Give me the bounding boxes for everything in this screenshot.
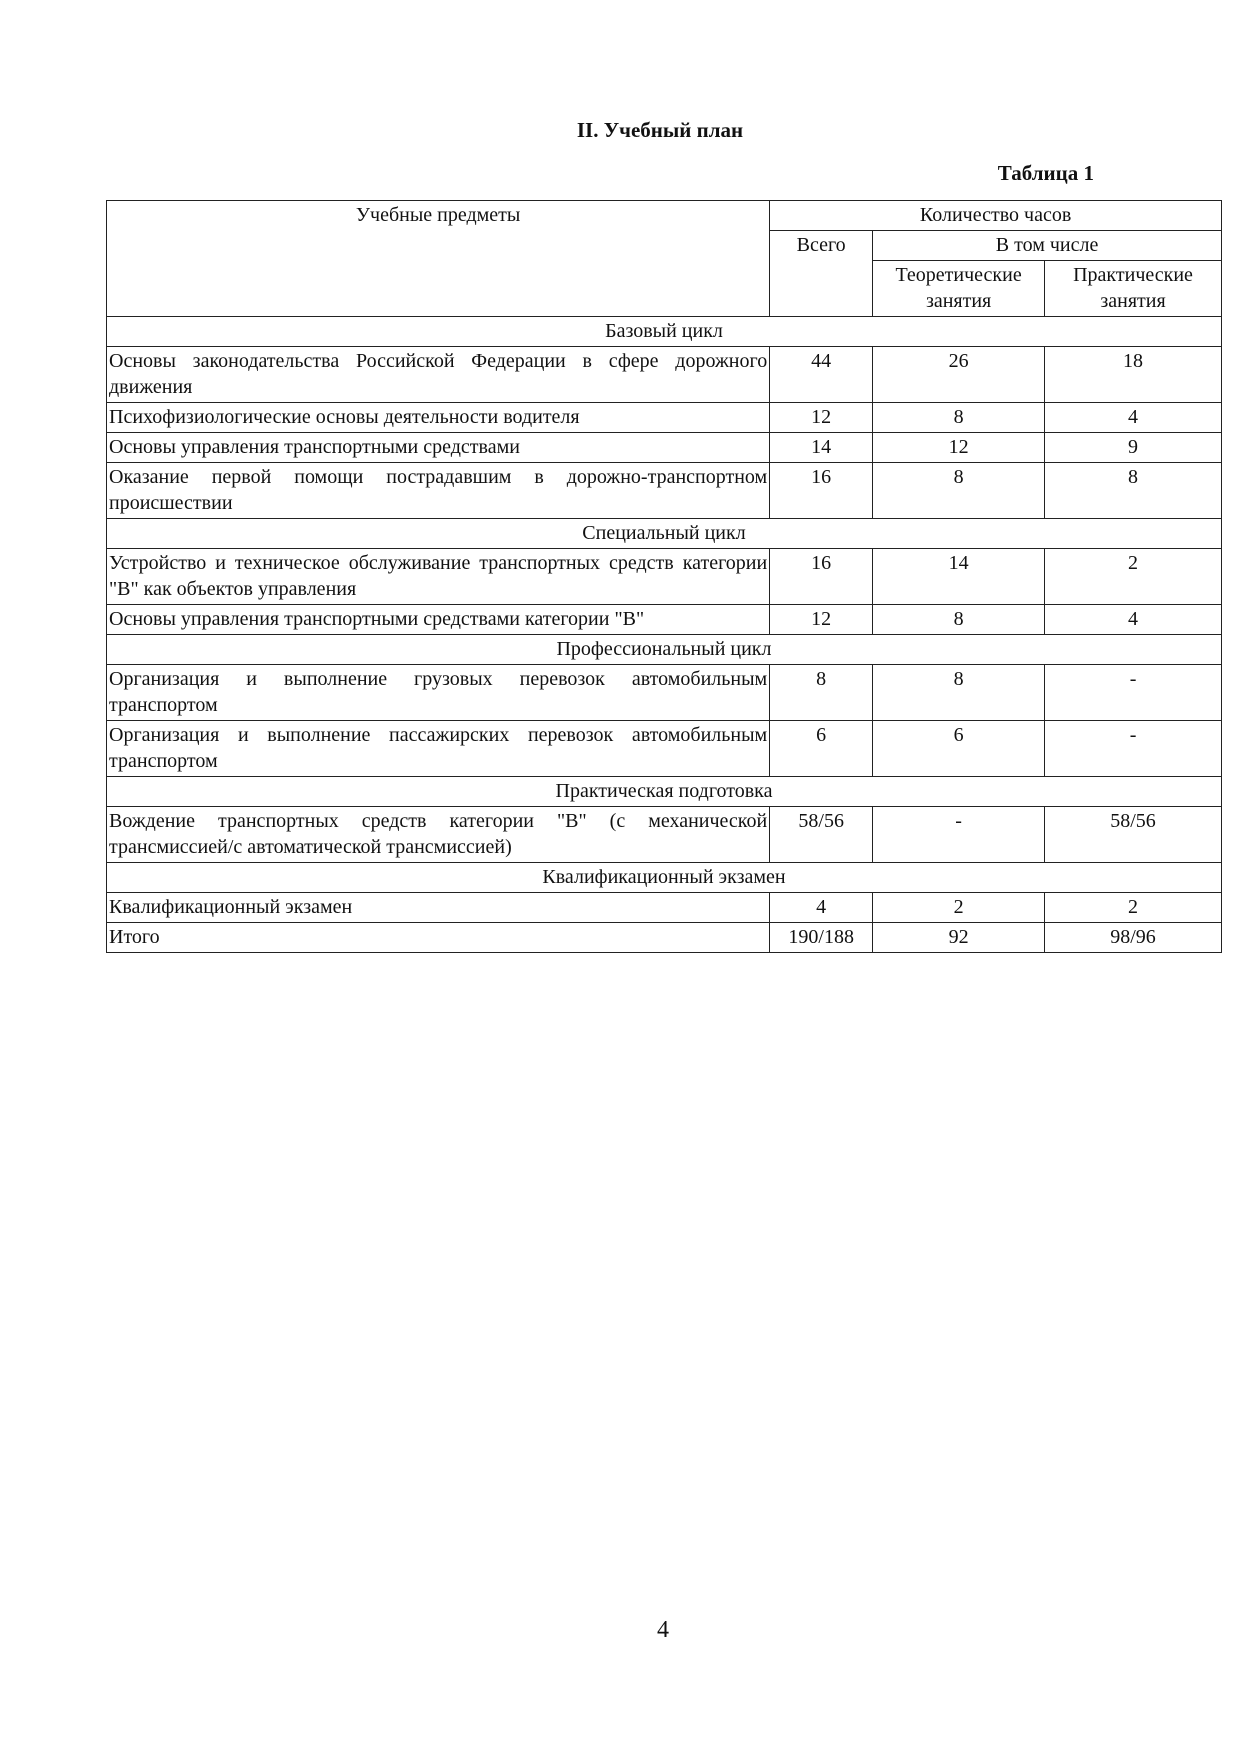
theory-hours-cell: 92	[873, 923, 1045, 953]
subject-cell: Квалификационный экзамен	[107, 893, 770, 923]
page-number: 4	[0, 1617, 1240, 1644]
practice-hours-cell: -	[1045, 721, 1222, 777]
subject-cell: Организация и выполнение пассажирских пе…	[107, 721, 770, 777]
section-title: Специальный цикл	[107, 519, 1222, 549]
table-row: Основы управления транспортными средства…	[107, 433, 1222, 463]
header-hours: Количество часов	[770, 201, 1222, 231]
total-hours-cell: 6	[770, 721, 873, 777]
total-row: Итого190/1889298/96	[107, 923, 1222, 953]
theory-hours-cell: -	[873, 807, 1045, 863]
section-title: Практическая подготовка	[107, 777, 1222, 807]
practice-hours-cell: 2	[1045, 893, 1222, 923]
theory-hours-cell: 12	[873, 433, 1045, 463]
theory-hours-cell: 8	[873, 463, 1045, 519]
total-hours-cell: 16	[770, 549, 873, 605]
total-hours-cell: 58/56	[770, 807, 873, 863]
theory-hours-cell: 14	[873, 549, 1045, 605]
practice-hours-cell: 18	[1045, 347, 1222, 403]
section-header-row: Практическая подготовка	[107, 777, 1222, 807]
theory-hours-cell: 6	[873, 721, 1045, 777]
theory-hours-cell: 8	[873, 403, 1045, 433]
practice-hours-cell: 9	[1045, 433, 1222, 463]
table-row: Оказание первой помощи пострадавшим в до…	[107, 463, 1222, 519]
table-row: Основы управления транспортными средства…	[107, 605, 1222, 635]
total-label: Итого	[107, 923, 770, 953]
table-body: Базовый циклОсновы законодательства Росс…	[107, 317, 1222, 953]
table-header: Учебные предметы Количество часов Всего …	[107, 201, 1222, 317]
table-row: Психофизиологические основы деятельности…	[107, 403, 1222, 433]
practice-hours-cell: 58/56	[1045, 807, 1222, 863]
section-title: II. Учебный план	[0, 118, 1240, 143]
subject-cell: Психофизиологические основы деятельности…	[107, 403, 770, 433]
table-caption: Таблица 1	[998, 161, 1094, 186]
subject-cell: Вождение транспортных средств категории …	[107, 807, 770, 863]
section-header-row: Квалификационный экзамен	[107, 863, 1222, 893]
header-subjects: Учебные предметы	[107, 201, 770, 317]
header-including: В том числе	[873, 231, 1222, 261]
total-hours-cell: 8	[770, 665, 873, 721]
theory-hours-cell: 8	[873, 605, 1045, 635]
header-theory: Теоретические занятия	[873, 261, 1045, 317]
table-row: Квалификационный экзамен422	[107, 893, 1222, 923]
total-hours-cell: 12	[770, 605, 873, 635]
total-hours-cell: 44	[770, 347, 873, 403]
curriculum-table: Учебные предметы Количество часов Всего …	[106, 200, 1222, 953]
practice-hours-cell: 8	[1045, 463, 1222, 519]
practice-hours-cell: 4	[1045, 403, 1222, 433]
section-title: Квалификационный экзамен	[107, 863, 1222, 893]
theory-hours-cell: 26	[873, 347, 1045, 403]
subject-cell: Устройство и техническое обслуживание тр…	[107, 549, 770, 605]
table-row: Вождение транспортных средств категории …	[107, 807, 1222, 863]
section-header-row: Профессиональный цикл	[107, 635, 1222, 665]
practice-hours-cell: 2	[1045, 549, 1222, 605]
subject-cell: Оказание первой помощи пострадавшим в до…	[107, 463, 770, 519]
subject-cell: Основы управления транспортными средства…	[107, 605, 770, 635]
total-hours-cell: 4	[770, 893, 873, 923]
section-title: Профессиональный цикл	[107, 635, 1222, 665]
theory-hours-cell: 2	[873, 893, 1045, 923]
table-row: Устройство и техническое обслуживание тр…	[107, 549, 1222, 605]
theory-hours-cell: 8	[873, 665, 1045, 721]
subject-cell: Основы законодательства Российской Федер…	[107, 347, 770, 403]
table-row: Основы законодательства Российской Федер…	[107, 347, 1222, 403]
subject-cell: Основы управления транспортными средства…	[107, 433, 770, 463]
header-practice: Практические занятия	[1045, 261, 1222, 317]
table-row: Организация и выполнение грузовых перево…	[107, 665, 1222, 721]
total-hours-cell: 14	[770, 433, 873, 463]
section-header-row: Специальный цикл	[107, 519, 1222, 549]
practice-hours-cell: -	[1045, 665, 1222, 721]
practice-hours-cell: 4	[1045, 605, 1222, 635]
total-hours-cell: 190/188	[770, 923, 873, 953]
header-total: Всего	[770, 231, 873, 317]
section-header-row: Базовый цикл	[107, 317, 1222, 347]
section-title: Базовый цикл	[107, 317, 1222, 347]
total-hours-cell: 16	[770, 463, 873, 519]
total-hours-cell: 12	[770, 403, 873, 433]
practice-hours-cell: 98/96	[1045, 923, 1222, 953]
subject-cell: Организация и выполнение грузовых перево…	[107, 665, 770, 721]
table-row: Организация и выполнение пассажирских пе…	[107, 721, 1222, 777]
